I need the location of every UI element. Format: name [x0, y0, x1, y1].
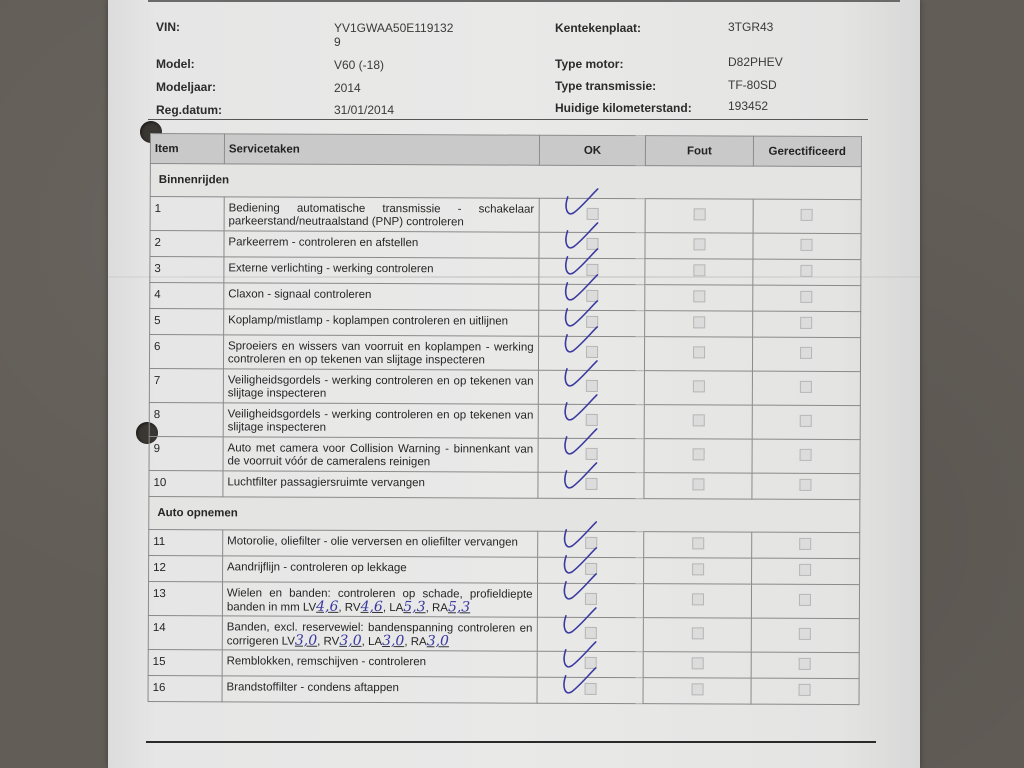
header-ok: OK	[539, 135, 646, 165]
measurement-label: RV	[345, 602, 361, 614]
ok-checkbox[interactable]	[585, 563, 597, 575]
gerectificeerd-checkbox[interactable]	[801, 265, 813, 277]
gerectificeerd-cell	[752, 405, 861, 439]
item-number: 2	[150, 231, 224, 257]
info-divider	[148, 119, 868, 120]
service-task: Externe verlichting - werking controlere…	[224, 257, 539, 284]
service-task-text: Koplamp/mistlamp - koplampen controleren…	[228, 314, 508, 327]
gerectificeerd-cell	[751, 652, 860, 678]
ok-cell	[538, 336, 645, 370]
service-task: Koplamp/mistlamp - koplampen controleren…	[224, 309, 539, 336]
service-task-text: Veiligheidsgordels - werking controleren…	[228, 408, 534, 433]
ok-cell	[537, 531, 644, 557]
header-gerectificeerd: Gerectificeerd	[753, 136, 862, 166]
regdatum-label: Reg.datum:	[156, 103, 222, 117]
item-number: 10	[149, 470, 223, 496]
gerectificeerd-cell	[752, 311, 861, 337]
service-task-text: Claxon - signaal controleren	[228, 288, 371, 301]
ok-cell	[538, 472, 645, 498]
item-number: 4	[150, 283, 224, 309]
km-label: Huidige kilometerstand:	[555, 101, 692, 115]
measurement-label: LA	[389, 602, 403, 614]
gerectificeerd-cell	[752, 439, 861, 473]
handwritten-measurement-value[interactable]: 5,3	[448, 599, 470, 615]
vin-value-line1: YV1GWAA50E119132	[334, 21, 453, 35]
ok-cell	[539, 232, 646, 258]
service-task: Motorolie, oliefilter - olie verversen e…	[223, 530, 538, 557]
gerectificeerd-cell	[751, 584, 860, 618]
handwritten-measurement-value[interactable]: 3,0	[339, 633, 361, 649]
gerectificeerd-checkbox[interactable]	[800, 347, 812, 359]
vin-value-line2: 9	[334, 35, 453, 49]
header-task: Servicetaken	[224, 134, 539, 165]
ok-checkbox[interactable]	[584, 683, 596, 695]
fout-checkbox[interactable]	[691, 683, 703, 695]
gerectificeerd-cell	[752, 337, 861, 371]
ok-checkbox[interactable]	[586, 238, 598, 250]
gerectificeerd-checkbox[interactable]	[799, 538, 811, 550]
gerectificeerd-cell	[752, 285, 861, 311]
table-row: 4Claxon - signaal controleren	[150, 283, 861, 312]
service-table-body: Binnenrijden1Bediening automatische tran…	[148, 164, 861, 705]
fout-checkbox[interactable]	[692, 380, 704, 392]
gerectificeerd-checkbox[interactable]	[800, 449, 812, 461]
item-number: 13	[148, 581, 222, 615]
service-task: Parkeerrem - controleren en afstellen	[224, 231, 539, 258]
service-task-text: Remblokken, remschijven - controleren	[227, 655, 426, 668]
service-task: Aandrijflijn - controleren op lekkage	[222, 556, 537, 583]
fout-cell	[645, 337, 752, 371]
transmissie-label: Type transmissie:	[555, 79, 656, 93]
section-row: Binnenrijden	[150, 164, 861, 200]
fout-checkbox[interactable]	[693, 290, 705, 302]
gerectificeerd-cell	[751, 532, 860, 558]
table-row: 6Sproeiers en wissers van voorruit en ko…	[149, 335, 860, 372]
gerectificeerd-checkbox[interactable]	[799, 628, 811, 640]
fout-checkbox[interactable]	[693, 264, 705, 276]
gerectificeerd-checkbox[interactable]	[799, 564, 811, 576]
handwritten-measurement-value[interactable]: 5,3	[403, 599, 425, 615]
ok-cell	[537, 557, 644, 583]
ok-cell	[537, 583, 644, 617]
item-number: 11	[149, 529, 223, 555]
handwritten-measurement-value[interactable]: 3,0	[382, 633, 404, 649]
table-header-row: Item Servicetaken OK Fout Gerectificeerd	[150, 134, 861, 167]
fout-cell	[645, 285, 752, 311]
fout-cell	[644, 532, 751, 558]
gerectificeerd-checkbox[interactable]	[800, 317, 812, 329]
table-row: 12Aandrijflijn - controleren op lekkage	[149, 555, 860, 584]
ok-checkbox[interactable]	[584, 627, 596, 639]
ok-checkbox[interactable]	[585, 414, 597, 426]
ok-checkbox[interactable]	[586, 346, 598, 358]
ok-cell	[538, 438, 645, 472]
fout-checkbox[interactable]	[693, 316, 705, 328]
transmissie-value: TF-80SD	[728, 78, 777, 92]
service-task-text: Externe verlichting - werking controlere…	[228, 262, 433, 275]
ok-checkbox[interactable]	[585, 380, 597, 392]
gerectificeerd-checkbox[interactable]	[800, 381, 812, 393]
ok-cell	[538, 404, 645, 438]
ok-checkbox[interactable]	[586, 264, 598, 276]
gerectificeerd-checkbox[interactable]	[799, 684, 811, 696]
table-row: 10Luchtfilter passagiersruimte vervangen	[149, 470, 860, 499]
fout-checkbox[interactable]	[692, 448, 704, 460]
service-task: Banden, excl. reservewiel: bandenspannin…	[222, 616, 537, 651]
ok-checkbox[interactable]	[586, 316, 598, 328]
ok-cell	[537, 677, 644, 703]
gerectificeerd-checkbox[interactable]	[800, 479, 812, 491]
item-number: 5	[150, 309, 224, 335]
service-task-text: Aandrijflijn - controleren op lekkage	[227, 561, 407, 574]
table-row: 9Auto met camera voor Collision Warning …	[149, 436, 860, 473]
handwritten-measurement-value[interactable]: 3,0	[295, 633, 317, 649]
ok-cell	[538, 370, 645, 404]
fout-checkbox[interactable]	[693, 238, 705, 250]
table-row: 8Veiligheidsgordels - werking controlere…	[149, 402, 860, 439]
ok-cell	[539, 198, 646, 232]
item-number: 7	[149, 368, 223, 402]
item-number: 15	[148, 649, 222, 675]
ok-cell	[538, 284, 645, 310]
handwritten-measurement-value[interactable]: 4,6	[361, 599, 383, 615]
measurement-label: RA	[411, 636, 427, 648]
item-number: 16	[148, 675, 222, 701]
measurement-label: LA	[368, 636, 382, 648]
gerectificeerd-cell	[753, 233, 862, 259]
section-title: Binnenrijden	[150, 164, 861, 200]
table-row: 16Brandstoffilter - condens aftappen	[148, 675, 859, 704]
service-task-text: Motorolie, oliefilter - olie verversen e…	[227, 535, 518, 548]
gerectificeerd-checkbox[interactable]	[801, 291, 813, 303]
item-number: 8	[149, 402, 223, 436]
motor-value: D82PHEV	[728, 55, 783, 69]
section-title: Auto opnemen	[149, 496, 860, 532]
modeljaar-label: Modeljaar:	[156, 80, 216, 94]
item-number: 9	[149, 436, 223, 470]
km-value: 193452	[728, 99, 768, 113]
measurement-label: LV	[303, 602, 316, 614]
service-task: Bediening automatische transmissie - sch…	[224, 197, 539, 232]
model-label: Model:	[156, 57, 195, 71]
gerectificeerd-cell	[753, 199, 862, 233]
fout-cell	[644, 584, 751, 618]
fout-checkbox[interactable]	[693, 346, 705, 358]
regdatum-value: 31/01/2014	[334, 103, 394, 117]
fout-cell	[645, 259, 752, 285]
fout-cell	[644, 652, 751, 678]
fout-cell	[645, 371, 752, 405]
fout-cell	[644, 558, 751, 584]
section-row: Auto opnemen	[149, 496, 860, 532]
gerectificeerd-cell	[751, 558, 860, 584]
service-checklist-sheet: VIN: YV1GWAA50E119132 9 Model: V60 (-18)…	[108, 0, 920, 768]
ok-cell	[538, 310, 645, 336]
service-task: Veiligheidsgordels - werking controleren…	[223, 369, 538, 404]
measurement-label: RV	[324, 636, 340, 648]
ok-checkbox[interactable]	[585, 448, 597, 460]
gerectificeerd-cell	[751, 618, 860, 652]
service-task: Brandstoffilter - condens aftappen	[222, 676, 537, 703]
ok-checkbox[interactable]	[584, 657, 596, 669]
gerectificeerd-cell	[751, 473, 860, 499]
fout-cell	[643, 678, 750, 704]
fout-cell	[645, 439, 752, 473]
gerectificeerd-checkbox[interactable]	[801, 239, 813, 251]
handwritten-measurement-value[interactable]: 4,6	[316, 599, 338, 615]
ok-cell	[537, 617, 644, 651]
table-row: 5Koplamp/mistlamp - koplampen controlere…	[150, 309, 861, 338]
signature-line	[146, 741, 876, 743]
fout-cell	[644, 618, 751, 652]
table-row: 15Remblokken, remschijven - controleren	[148, 649, 859, 678]
fout-checkbox[interactable]	[691, 593, 703, 605]
ok-cell	[538, 258, 645, 284]
table-row: 11Motorolie, oliefilter - olie verversen…	[149, 529, 860, 558]
vin-label: VIN:	[156, 20, 180, 34]
ok-checkbox[interactable]	[586, 290, 598, 302]
service-table: Item Servicetaken OK Fout Gerectificeerd…	[148, 133, 862, 705]
top-rule	[148, 0, 900, 2]
service-task: Sproeiers en wissers van voorruit en kop…	[223, 335, 538, 370]
service-task-text: Veiligheidsgordels - werking controleren…	[228, 374, 534, 399]
measurement-label: LV	[282, 636, 295, 648]
model-value: V60 (-18)	[334, 58, 384, 72]
modeljaar-value: 2014	[334, 81, 361, 95]
gerectificeerd-checkbox[interactable]	[799, 658, 811, 670]
service-task: Remblokken, remschijven - controleren	[222, 650, 537, 677]
ok-checkbox[interactable]	[584, 593, 596, 605]
kenteken-value: 3TGR43	[728, 20, 773, 34]
item-number: 1	[150, 197, 224, 231]
gerectificeerd-cell	[752, 259, 861, 285]
gerectificeerd-cell	[751, 678, 860, 704]
service-task: Wielen en banden: controleren op schade,…	[222, 582, 537, 617]
gerectificeerd-checkbox[interactable]	[801, 209, 813, 221]
fout-checkbox[interactable]	[692, 563, 704, 575]
table-row: 1Bediening automatische transmissie - sc…	[150, 197, 861, 234]
fout-cell	[646, 199, 753, 233]
header-fout: Fout	[646, 136, 753, 166]
service-task: Auto met camera voor Collision Warning -…	[223, 437, 538, 472]
header-item: Item	[150, 134, 224, 164]
table-row: 2Parkeerrem - controleren en afstellen	[150, 231, 861, 260]
ok-checkbox[interactable]	[586, 208, 598, 220]
fout-checkbox[interactable]	[691, 657, 703, 669]
service-task-text: Luchtfilter passagiersruimte vervangen	[227, 476, 425, 489]
fout-checkbox[interactable]	[691, 627, 703, 639]
ok-checkbox[interactable]	[585, 478, 597, 490]
motor-label: Type motor:	[555, 57, 623, 71]
fout-checkbox[interactable]	[692, 414, 704, 426]
gerectificeerd-checkbox[interactable]	[799, 594, 811, 606]
table-row: 7Veiligheidsgordels - werking controlere…	[149, 368, 860, 405]
fout-checkbox[interactable]	[693, 208, 705, 220]
gerectificeerd-checkbox[interactable]	[800, 415, 812, 427]
table-row: 3Externe verlichting - werking controler…	[150, 257, 861, 286]
fout-cell	[644, 473, 751, 499]
measurement-label: RA	[432, 602, 448, 614]
item-number: 12	[149, 555, 223, 581]
ok-cell	[537, 651, 644, 677]
item-number: 3	[150, 257, 224, 283]
service-task-text: Brandstoffilter - condens aftappen	[226, 681, 398, 694]
kenteken-label: Kentekenplaat:	[555, 21, 641, 35]
fout-cell	[645, 233, 752, 259]
fout-checkbox[interactable]	[692, 478, 704, 490]
vin-value: YV1GWAA50E119132 9	[334, 21, 453, 49]
service-task: Veiligheidsgordels - werking controleren…	[223, 403, 538, 438]
table-row: 14Banden, excl. reservewiel: bandenspann…	[148, 615, 859, 652]
service-task-text: Parkeerrem - controleren en afstellen	[228, 236, 418, 249]
service-task: Claxon - signaal controleren	[224, 283, 539, 310]
item-number: 14	[148, 615, 222, 649]
gerectificeerd-cell	[752, 371, 861, 405]
fout-cell	[645, 405, 752, 439]
service-task-text: Auto met camera voor Collision Warning -…	[227, 442, 533, 468]
service-task-text: Bediening automatische transmissie - sch…	[229, 202, 535, 228]
service-task-text: Sproeiers en wissers van voorruit en kop…	[228, 340, 534, 366]
handwritten-measurement-value[interactable]: 3,0	[427, 633, 449, 649]
service-task: Luchtfilter passagiersruimte vervangen	[223, 471, 538, 498]
fout-cell	[645, 311, 752, 337]
fout-checkbox[interactable]	[692, 537, 704, 549]
table-row: 13Wielen en banden: controleren op schad…	[148, 581, 859, 618]
item-number: 6	[149, 335, 223, 369]
ok-checkbox[interactable]	[585, 537, 597, 549]
